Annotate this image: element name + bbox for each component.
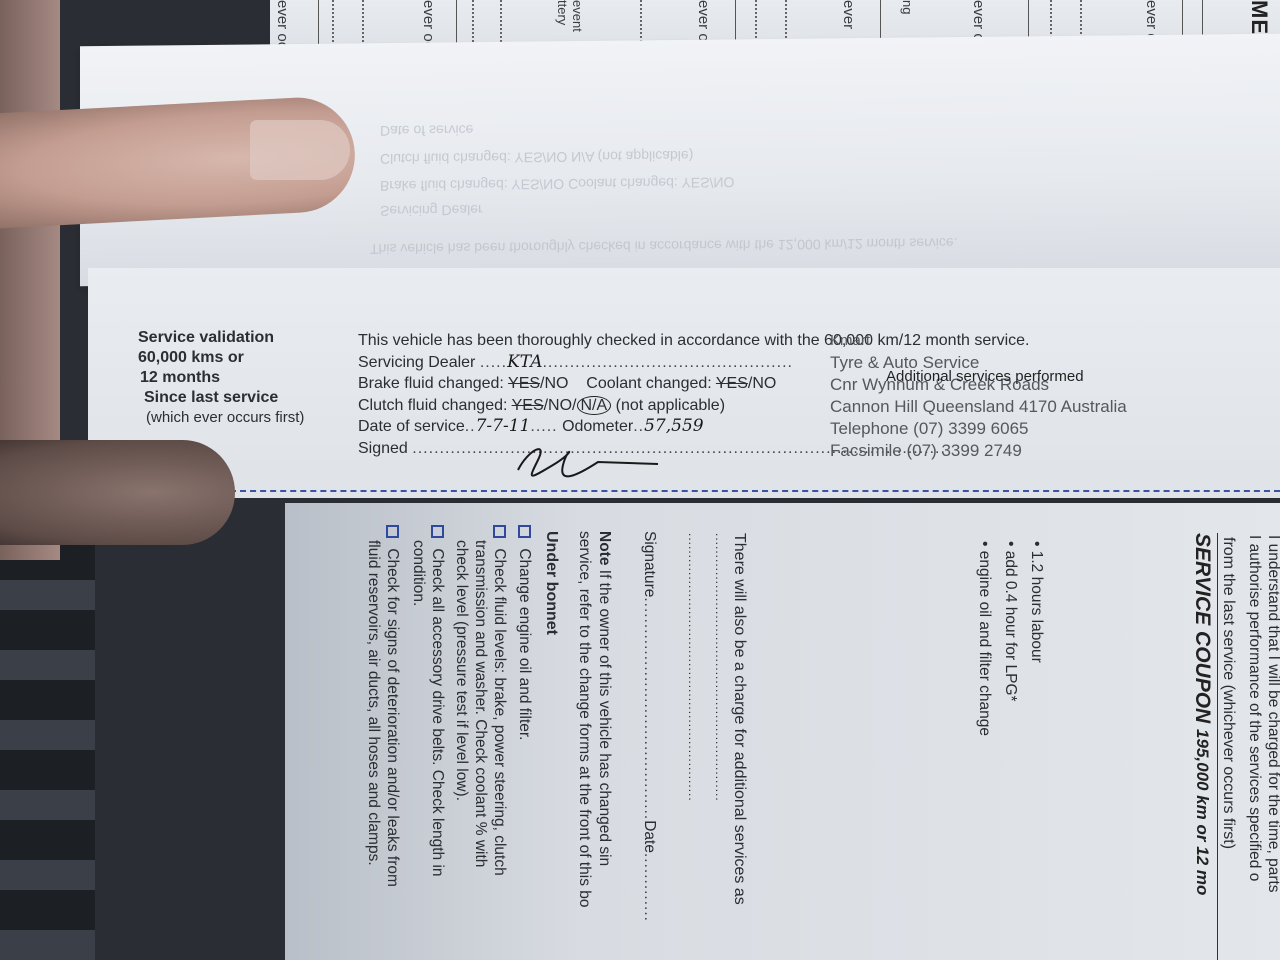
- tear-off-line: [230, 490, 1280, 492]
- odometer-label: Odometer: [562, 418, 633, 435]
- authorise-text: I understand that I will be charged for …: [1264, 535, 1280, 893]
- checklist-item: Check for signs of deterioration and/or …: [383, 525, 402, 887]
- servicing-dealer-value: KTA: [507, 352, 542, 372]
- signature-label: Signature: [641, 531, 658, 597]
- title-rule: [1217, 533, 1218, 960]
- show-through-text: This vehicle has been thoroughly checked…: [370, 235, 958, 257]
- checklist-text: Change engine oil and filter.: [516, 548, 533, 740]
- note-line: Note If the owner of this vehicle has ch…: [595, 531, 614, 866]
- coolant-label: Coolant changed:: [586, 375, 711, 392]
- checklist-text: condition.: [409, 540, 428, 606]
- checkbox[interactable]: [431, 525, 444, 538]
- checklist-item: Check all accessory drive belts. Check l…: [428, 525, 447, 877]
- coolant-no: /NO: [748, 375, 776, 392]
- coupon-title-text: SERVICE COUPON: [1191, 533, 1214, 723]
- signed-label: Signed: [358, 440, 408, 457]
- checkbox[interactable]: [386, 525, 399, 538]
- checklist-item: Check fluid levels: brake, power steerin…: [490, 525, 509, 876]
- validation-heading: Service validation: [138, 328, 304, 348]
- clutch-na-circled: N/A: [577, 396, 612, 415]
- checklist-text: fluid reservoirs, air ducts, all hoses a…: [364, 540, 383, 866]
- date-of-service-value: 7-7-11: [476, 416, 531, 436]
- fingernail: [250, 120, 350, 180]
- clutch-yes-struck: YES: [512, 397, 544, 414]
- show-through-text: Clutch fluid changed: YES/NO N/A (not ap…: [380, 148, 693, 167]
- checkbox[interactable]: [493, 525, 506, 538]
- service-coupon: SERVICE COUPON 195,000 km or 12 mo from …: [285, 503, 1280, 960]
- show-through-text: Brake fluid changed: YES/NO Coolant chan…: [380, 174, 734, 194]
- signature-scribble-icon: [508, 440, 668, 480]
- coupon-title-km: 195,000 km or 12 mo: [1193, 729, 1212, 895]
- coupon-subtitle: from the last service (whichever occurs …: [1219, 537, 1238, 849]
- note-label: Note: [596, 531, 613, 565]
- validation-since: Since last service: [138, 388, 304, 408]
- additional-charge-text: There will also be a charge for addition…: [730, 533, 749, 905]
- checklist-text: transmission and washer. Check coolant %…: [471, 540, 490, 867]
- clutch-fluid-label: Clutch fluid changed:: [358, 397, 507, 414]
- validation-interval-km: 60,000 kms or: [138, 348, 304, 368]
- bullet-item: engine oil and filter change: [975, 541, 994, 736]
- additional-services-label: Additional services performed: [886, 368, 1084, 385]
- service-validation-slip: Service validation 60,000 kms or 12 mont…: [88, 268, 1280, 498]
- stamp-city: Cannon Hill Queensland 4170 Australia: [830, 396, 1127, 418]
- checklist-item: Change engine oil and filter.: [515, 525, 534, 740]
- date-of-service-label: Date of service: [358, 418, 465, 435]
- dealer-stamp: Kmart Tyre & Auto Service Cnr Wynnum & C…: [830, 330, 1127, 462]
- servicing-dealer-label: Servicing Dealer: [358, 354, 475, 371]
- brake-fluid-label: Brake fluid changed:: [358, 375, 504, 392]
- coolant-yes-struck: YES: [716, 375, 748, 392]
- checklist-text: Check all accessory drive belts. Check l…: [429, 548, 446, 876]
- odometer-value: 57,559: [644, 416, 703, 436]
- clutch-no: /NO/: [544, 397, 577, 414]
- bullet-item: add 0.4 hour for LPG*: [1001, 541, 1020, 702]
- validation-note: (which ever occurs first): [138, 408, 304, 428]
- stamp-telephone: Telephone (07) 3399 6065: [830, 418, 1127, 440]
- note-text: If the owner of this vehicle has changed…: [596, 565, 613, 866]
- checkbox[interactable]: [518, 525, 531, 538]
- stamp-facsimile: Facsimile (07) 3399 2749: [830, 440, 1127, 462]
- clutch-na-note: (not applicable): [616, 397, 725, 414]
- signature-date-line: Signature...............................…: [640, 531, 659, 922]
- show-through-text: Date of service: [380, 122, 473, 139]
- brake-yes-struck: YES: [508, 375, 540, 392]
- thumb: [0, 440, 235, 545]
- coupon-title: SERVICE COUPON 195,000 km or 12 mo: [1190, 533, 1214, 895]
- dotted-line: ........................................…: [710, 533, 729, 802]
- stamp-name: Kmart: [830, 330, 1127, 352]
- checklist-text: check level (pressure test if level low)…: [452, 540, 471, 801]
- brake-no: /NO: [540, 375, 568, 392]
- show-through-text: Servicing Dealer: [380, 202, 483, 219]
- checklist-text: Check fluid levels: brake, power steerin…: [491, 548, 508, 875]
- dotted-line: ........................................…: [683, 533, 702, 802]
- validation-label: Service validation 60,000 kms or 12 mont…: [138, 328, 304, 428]
- note-text: service, refer to the change forms at th…: [575, 531, 594, 908]
- checklist-text: Check for signs of deterioration and/or …: [384, 548, 401, 887]
- date-label: Date: [641, 820, 658, 853]
- bullet-item: 1.2 hours labour: [1027, 541, 1046, 663]
- authorise-text: I authorise performance of the services …: [1245, 535, 1264, 881]
- under-bonnet-heading: Under bonnet: [542, 531, 561, 635]
- validation-interval-months: 12 months: [138, 368, 304, 388]
